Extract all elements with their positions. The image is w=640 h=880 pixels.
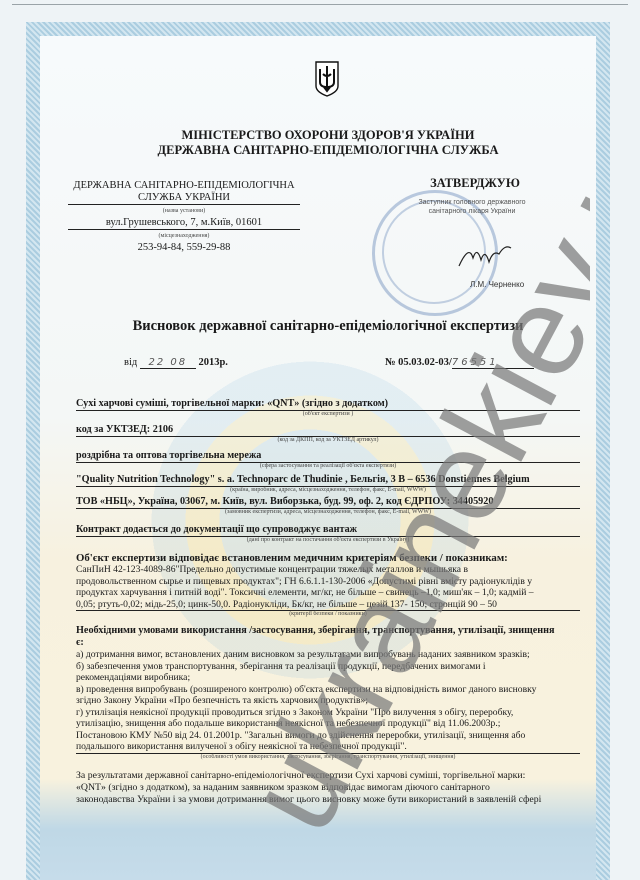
approval-title: ЗАТВЕРДЖУЮ	[400, 176, 550, 191]
scan-edge-line	[12, 4, 628, 5]
field-customer: ТОВ «НБЦ», Україна, 03067, м. Київ, вул.…	[76, 496, 580, 524]
service-title: ДЕРЖАВНА САНІТАРНО-ЕПІДЕМІОЛОГІЧНА СЛУЖБ…	[60, 143, 596, 158]
approval-position-line1: Заступник головного державного	[392, 198, 552, 207]
approval-signatory: Л.М. Черненко	[470, 280, 524, 289]
ministry-title: МІНІСТЕРСТВО ОХОРОНИ ЗДОРОВ'Я УКРАЇНИ	[60, 128, 596, 143]
criteria-heading: Об'єкт експертизи відповідає встановлени…	[76, 552, 580, 564]
date-handwritten: 22 08	[140, 357, 196, 369]
field-application-sphere: роздрібна та оптова торгівельна мережа (…	[76, 450, 580, 474]
field-contract: Контракт додається до документації що су…	[76, 524, 580, 550]
document-title: Висновок державної санітарно-епідеміолог…	[60, 318, 596, 335]
field-uktzed-code: код за УКТЗЕД: 2106 (код за ДКПП, код за…	[76, 424, 580, 450]
institution-name-line1: ДЕРЖАВНА САНІТАРНО-ЕПІДЕМІОЛОГІЧНА	[68, 180, 300, 192]
conclusion-section: За результатами державної санітарно-епід…	[76, 770, 580, 806]
trident-coat-of-arms-icon	[314, 60, 340, 98]
institution-name-caption: (назва установи)	[68, 205, 300, 217]
approval-position-line2: санітарного лікаря України	[392, 207, 552, 216]
field-expertise-object: Сухі харчові суміші, торгівельної марки:…	[76, 398, 580, 424]
signature-icon	[455, 240, 515, 270]
safety-criteria-section: Об'єкт експертизи відповідає встановлени…	[76, 552, 580, 617]
date-year: 2013р.	[198, 357, 227, 368]
date-prefix: від	[124, 357, 137, 368]
institution-phones: 253-94-84, 559-29-88	[68, 242, 300, 254]
number-handwritten: 76551	[452, 357, 534, 369]
number-prefix: № 05.03.02-03/	[385, 357, 452, 368]
conditions-heading: Необхідними умовами використання /застос…	[76, 625, 580, 637]
institution-name-line2: СЛУЖБА УКРАЇНИ	[68, 192, 300, 205]
institution-address: вул.Грушевського, 7, м.Київ, 01601	[68, 217, 300, 230]
field-manufacturer: "Quality Nutrition Technology" s. a. Tec…	[76, 474, 580, 496]
institution-address-caption: (місцезнаходження)	[68, 230, 300, 242]
usage-conditions-section: Необхідними умовами використання /застос…	[76, 625, 580, 760]
